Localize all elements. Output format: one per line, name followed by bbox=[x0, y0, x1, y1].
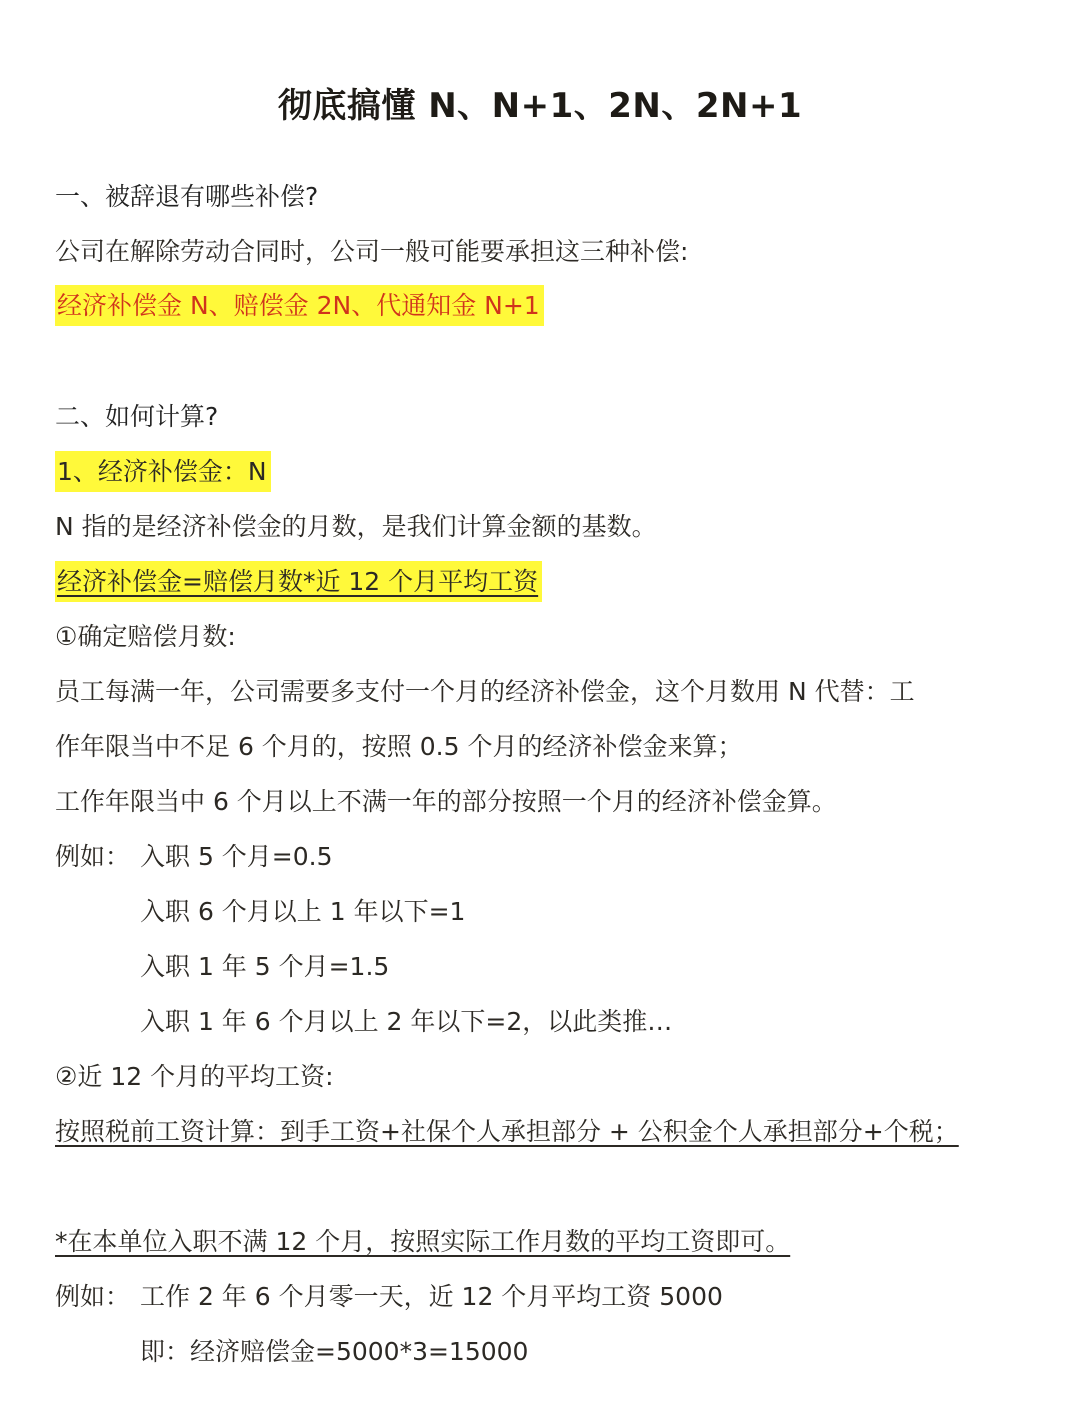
example-item-2: 入职 6 个月以上 1 年以下=1 bbox=[140, 895, 465, 929]
step1-heading: ①确定赔偿月数: bbox=[55, 620, 236, 654]
economic-compensation-heading: 1、经济补偿金：N bbox=[55, 451, 271, 492]
step2-heading: ②近 12 个月的平均工资: bbox=[55, 1060, 334, 1094]
example-item-1: 入职 5 个月=0.5 bbox=[140, 840, 333, 874]
example2-result: 即：经济赔偿金=5000*3=15000 bbox=[140, 1335, 528, 1369]
example-item-4: 入职 1 年 6 个月以上 2 年以下=2，以此类推… bbox=[140, 1005, 672, 1039]
section1-heading: 一、被辞退有哪些补偿? bbox=[55, 180, 318, 214]
sub1-heading-wrap: 1、经济补偿金：N bbox=[55, 455, 271, 489]
note: *在本单位入职不满 12 个月，按照实际工作月数的平均工资即可。 bbox=[55, 1225, 790, 1259]
n-definition: N 指的是经济补偿金的月数，是我们计算金额的基数。 bbox=[55, 510, 657, 544]
step1-line-2: 作年限当中不足 6 个月的，按照 0.5 个月的经济补偿金来算； bbox=[55, 730, 742, 764]
example2-text: 工作 2 年 6 个月零一天，近 12 个月平均工资 5000 bbox=[140, 1280, 723, 1314]
example-item-3: 入职 1 年 5 个月=1.5 bbox=[140, 950, 389, 984]
compensation-types-highlight: 经济补偿金 N、赔偿金 2N、代通知金 N+1 bbox=[55, 285, 544, 326]
step1-line-1: 员工每满一年，公司需要多支付一个月的经济补偿金，这个月数用 N 代替：工 bbox=[55, 675, 915, 709]
page-title: 彻底搞懂 N、N+1、2N、2N+1 bbox=[0, 78, 1080, 127]
examples-label: 例如： bbox=[55, 840, 130, 874]
step2-rule: 按照税前工资计算：到手工资+社保个人承担部分 + 公积金个人承担部分+个税； bbox=[55, 1115, 959, 1149]
compensation-formula: 经济补偿金=赔偿月数*近 12 个月平均工资 bbox=[55, 561, 542, 602]
section1-highlight-wrap: 经济补偿金 N、赔偿金 2N、代通知金 N+1 bbox=[55, 289, 544, 323]
section1-intro: 公司在解除劳动合同时，公司一般可能要承担这三种补偿: bbox=[55, 235, 688, 269]
formula-wrap: 经济补偿金=赔偿月数*近 12 个月平均工资 bbox=[55, 565, 542, 599]
section2-heading: 二、如何计算? bbox=[55, 400, 218, 434]
step1-line-3: 工作年限当中 6 个月以上不满一年的部分按照一个月的经济补偿金算。 bbox=[55, 785, 837, 819]
example2-label: 例如： bbox=[55, 1280, 130, 1314]
